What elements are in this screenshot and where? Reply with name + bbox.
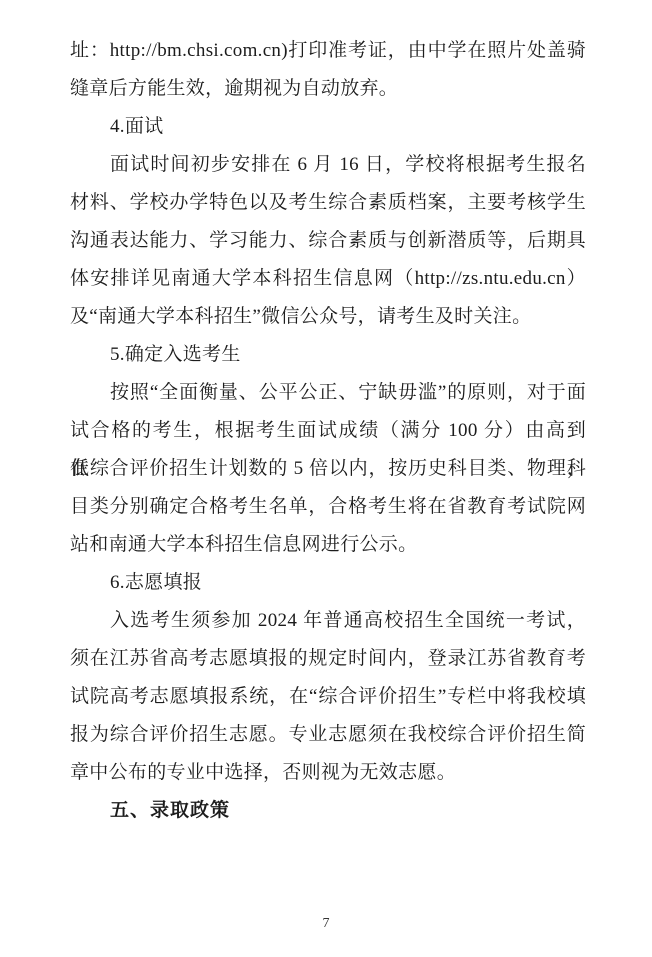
- page-number: 7: [0, 914, 652, 934]
- chapter-heading-admission-policy: 五、录取政策: [70, 792, 586, 830]
- text-line: 报为综合评价招生志愿。专业志愿须在我校综合评价招生简: [70, 716, 586, 754]
- text-line: 缝章后方能生效，逾期视为自动放弃。: [70, 70, 586, 108]
- text-line: 面试时间初步安排在 6 月 16 日，学校将根据考生报名: [70, 146, 586, 184]
- text-line: 须在江苏省高考志愿填报的规定时间内，登录江苏省教育考: [70, 640, 586, 678]
- text-line: 沟通表达能力、学习能力、综合素质与创新潜质等，后期具: [70, 222, 586, 260]
- text-line: 章中公布的专业中选择，否则视为无效志愿。: [70, 754, 586, 792]
- text-line: 试院高考志愿填报系统，在“综合评价招生”专栏中将我校填: [70, 678, 586, 716]
- text-line: 按照“全面衡量、公平公正、宁缺毋滥”的原则，对于面: [70, 374, 586, 412]
- text-line: 站和南通大学本科招生信息网进行公示。: [70, 526, 586, 564]
- section-heading-interview: 4.面试: [70, 108, 586, 146]
- text-line: 试合格的考生，根据考生面试成绩（满分 100 分）由高到低，: [70, 412, 586, 450]
- text-line: 体安排详见南通大学本科招生信息网（http://zs.ntu.edu.cn）: [70, 260, 586, 298]
- text-line: 址：http://bm.chsi.com.cn)打印准考证，由中学在照片处盖骑: [70, 32, 586, 70]
- text-line: 材料、学校办学特色以及考生综合素质档案，主要考核学生: [70, 184, 586, 222]
- section-heading-application: 6.志愿填报: [70, 564, 586, 602]
- text-line: 入选考生须参加 2024 年普通高校招生全国统一考试，: [70, 602, 586, 640]
- document-page: 址：http://bm.chsi.com.cn)打印准考证，由中学在照片处盖骑 …: [70, 32, 586, 830]
- text-line: 及“南通大学本科招生”微信公众号，请考生及时关注。: [70, 298, 586, 336]
- text-line: 目类分别确定合格考生名单，合格考生将在省教育考试院网: [70, 488, 586, 526]
- section-heading-candidates: 5.确定入选考生: [70, 336, 586, 374]
- text-line: 在综合评价招生计划数的 5 倍以内，按历史科目类、物理科: [70, 450, 586, 488]
